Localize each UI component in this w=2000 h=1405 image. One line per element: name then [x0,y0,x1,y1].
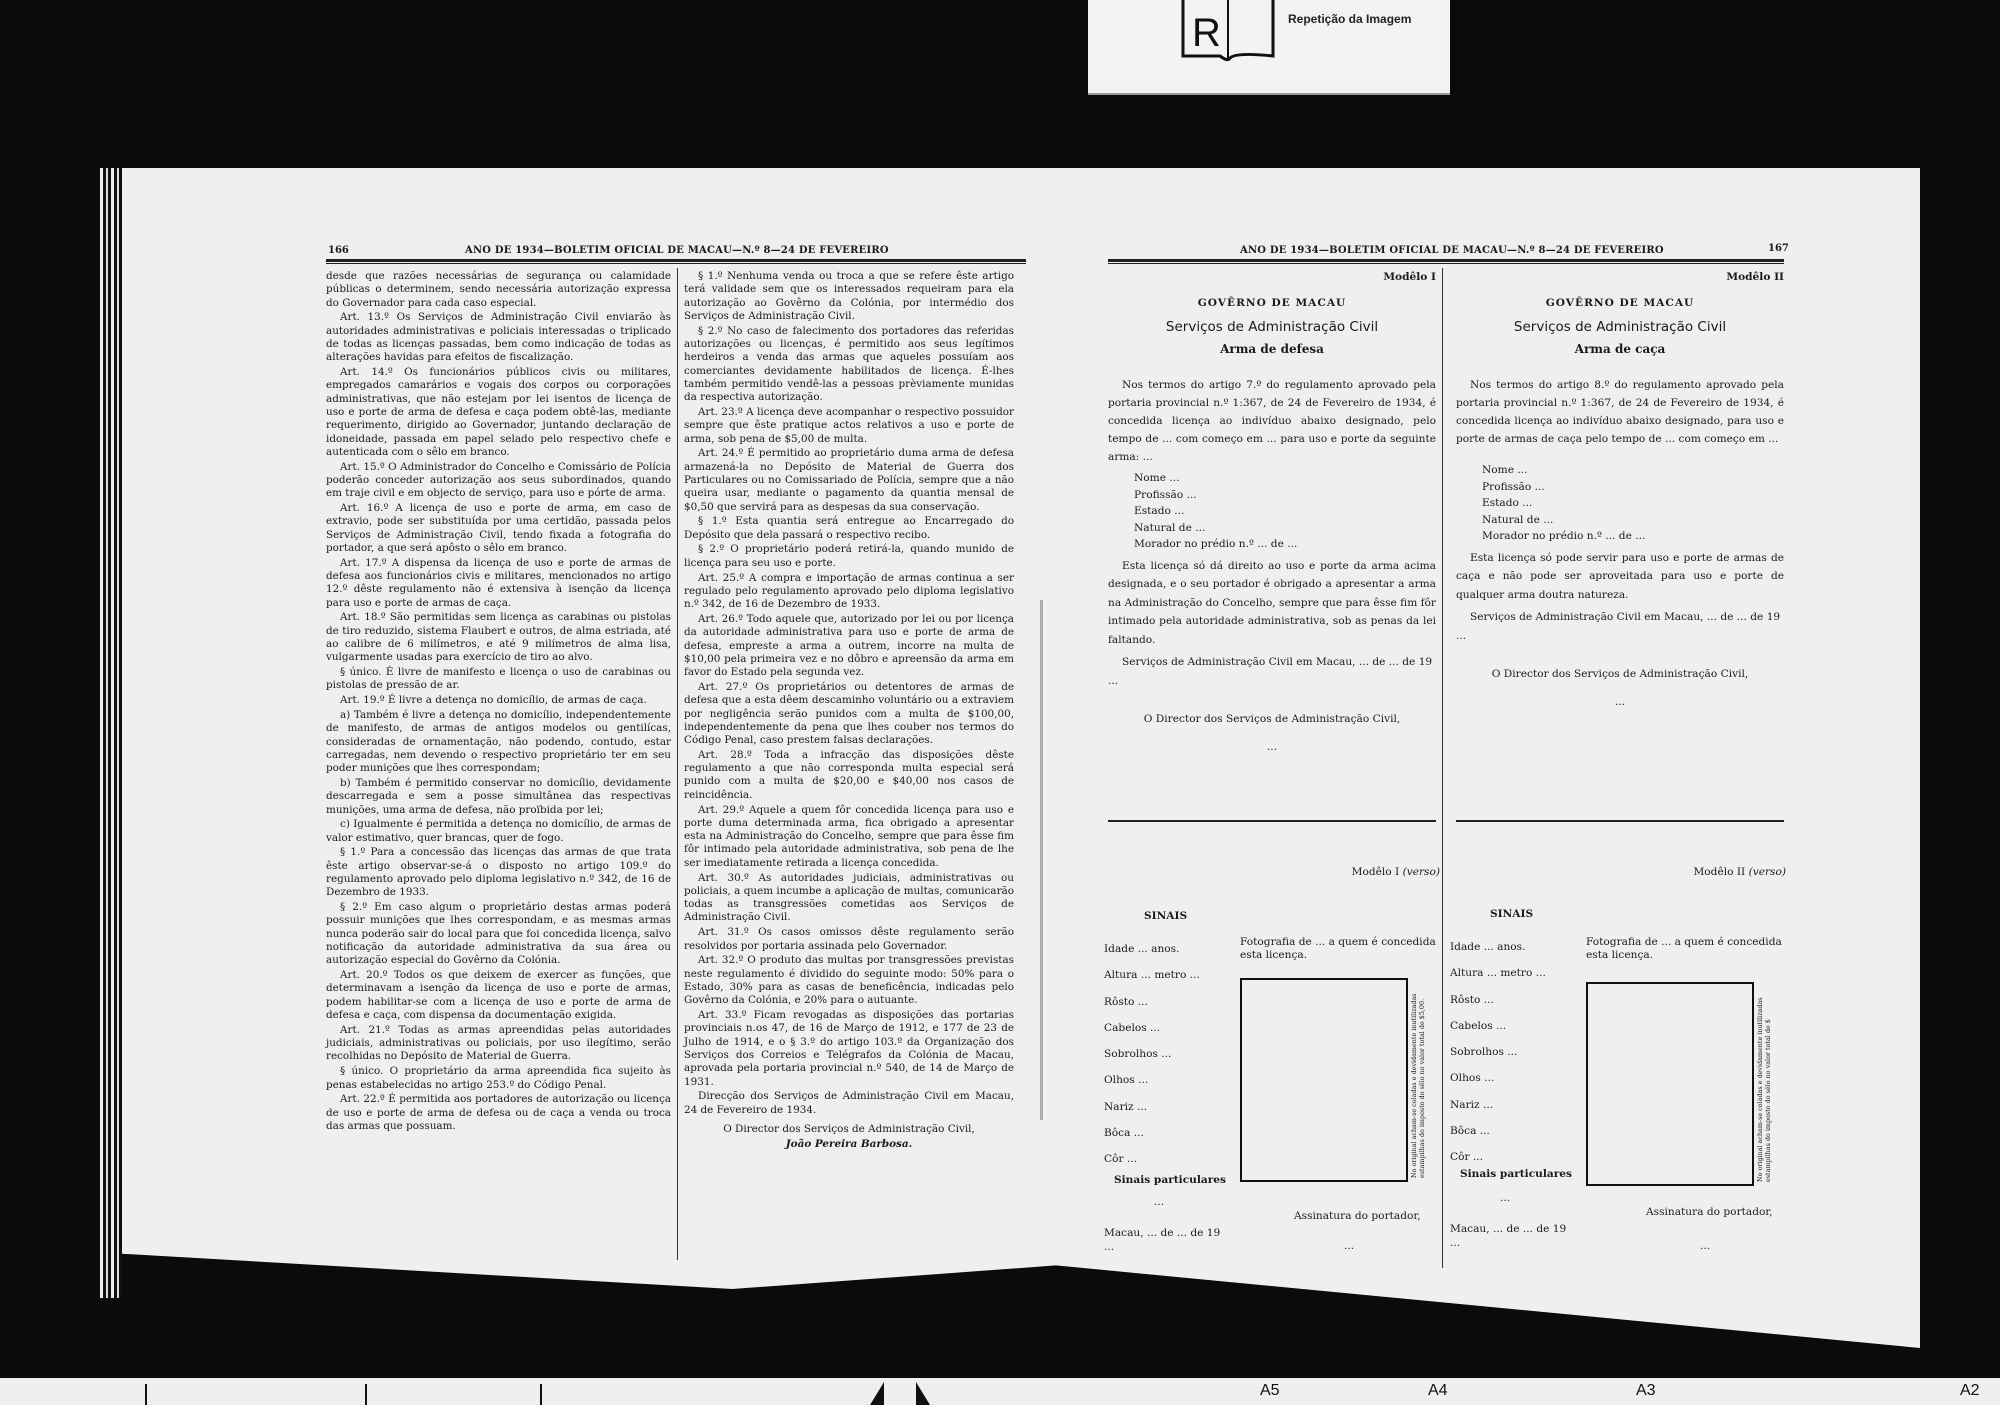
left-page-number: 166 [328,245,349,256]
director-title: O Director dos Serviços de Administração… [1456,667,1784,681]
paragraph: Art. 23.º A licença deve acompanhar o re… [684,406,1014,446]
sinal-item: Sobrolhos ... [1104,1041,1200,1067]
field-nome: Nome ... [1482,462,1784,479]
paragraph: § único. É livre de manifesto e licença … [326,666,671,693]
license-fields: Nome ... Profissão ... Estado ... Natura… [1134,470,1436,553]
paragraph: Art. 14.º Os funcionários públicos civis… [326,366,671,459]
paragraph: § 1.º Para a concessão das licenças das … [326,846,671,899]
sinal-item: Bôca ... [1104,1120,1200,1146]
sinais-title: SINAIS [1144,910,1187,922]
date-line: Macau, ... de ... de 19 ... [1450,1222,1570,1250]
sinal-item: Nariz ... [1450,1092,1546,1118]
sinal-item: Cabelos ... [1450,1013,1546,1039]
service-title: Serviços de Administração Civil [1108,320,1436,334]
left-column-1: desde que razões necessárias de seguranç… [326,270,671,1135]
sinais-list: Idade ... anos. Altura ... metro ... Rôs… [1104,936,1200,1173]
sinal-item: Idade ... anos. [1450,934,1546,960]
sinal-item: Rôsto ... [1450,987,1546,1013]
signature-dots: ... [1344,1240,1354,1252]
paragraph: c) Igualmente é permitida a detença no d… [326,818,671,845]
paragraph: Art. 16.º A licença de uso e porte de ar… [326,502,671,555]
field-profissao: Profissão ... [1482,479,1784,496]
paragraph: Art. 24.º É permitido ao proprietário du… [684,447,1014,513]
modelo-label: Modêlo II [1456,270,1784,284]
paragraph: § 2.º O proprietário poderá retirá-la, q… [684,543,1014,570]
field-morador: Morador no prédio n.º ... de ... [1134,536,1436,553]
government-title: GOVÊRNO DE MACAU [1108,296,1436,310]
government-title: GOVÊRNO DE MACAU [1456,296,1784,310]
right-page-header: ANO DE 1934—BOLETIM OFICIAL DE MACAU—N.º… [1240,245,1664,256]
section-divider [1456,820,1784,822]
sinais-list: Idade ... anos. Altura ... metro ... Rôs… [1450,934,1546,1171]
frame-tick [145,1384,147,1405]
image-repetition-label: Repetição da Imagem [1288,12,1411,26]
paragraph: § 1.º Esta quantia será entregue ao Enca… [684,515,1014,542]
service-title: Serviços de Administração Civil [1456,320,1784,334]
sinal-item: Côr ... [1104,1146,1200,1172]
paragraph: Art. 27.º Os proprietários ou detentores… [684,681,1014,747]
signature-dots: ... [1108,740,1436,754]
paragraph: Art. 21.º Todas as armas apreendidas pel… [326,1024,671,1064]
paragraph: § 1.º Nenhuma venda ou troca a que se re… [684,270,1014,323]
paragraph: Art. 17.º A dispensa da licença de uso e… [326,557,671,610]
paragraph: § único. O proprietário da arma apreendi… [326,1065,671,1092]
paragraph: § 2.º No caso de falecimento dos portado… [684,325,1014,405]
particulares-dots: ... [1154,1196,1164,1208]
right-header-rule-thin [1108,263,1784,264]
field-estado: Estado ... [1482,495,1784,512]
paragraph: Art. 32.º O produto das multas por trans… [684,954,1014,1007]
sinal-item: Rôsto ... [1104,989,1200,1015]
left-header-rule [326,259,1026,262]
paragraph: desde que razões necessárias de seguranç… [326,270,671,310]
paragraph: Art. 13.º Os Serviços de Administração C… [326,311,671,364]
frame-mark: A5 [1260,1382,1280,1400]
image-repetition-card: R Repetição da Imagem [1088,0,1450,95]
modelo-1-form: Modêlo I GOVÊRNO DE MACAU Serviços de Ad… [1108,270,1436,754]
paragraph: Art. 19.º É livre a detença no domicílio… [326,694,671,707]
date-line: Serviços de Administração Civil em Macau… [1456,608,1784,645]
verso-label: Modêlo II (verso) [1693,866,1786,878]
signature-name: João Pereira Barbosa. [684,1138,1014,1151]
field-profissao: Profissão ... [1134,487,1436,504]
field-morador: Morador no prédio n.º ... de ... [1482,528,1784,545]
paragraph: Art. 29.º Aquele a quem fôr concedida li… [684,804,1014,870]
paragraph: Art. 31.º Os casos omissos dêste regulam… [684,926,1014,953]
svg-text:R: R [1192,11,1221,55]
sinal-item: Olhos ... [1450,1065,1546,1091]
verso-label: Modêlo I (verso) [1352,866,1440,878]
frame-mark: A3 [1636,1382,1656,1400]
sinal-item: Idade ... anos. [1104,936,1200,962]
paragraph: b) Também é permitido conservar no domic… [326,777,671,817]
director-title: O Director dos Serviços de Administração… [1108,712,1436,726]
license-notice: Esta licença só pode servir para uso e p… [1456,549,1784,605]
date-line: Serviços de Administração Civil em Macau… [1108,653,1436,690]
book-r-icon: R [1178,0,1278,62]
paragraph: Art. 18.º São permitidas sem licença as … [326,611,671,664]
paragraph: Art. 15.º O Administrador do Concelho e … [326,461,671,501]
paragraph: Art. 30.º As autoridades judiciais, admi… [684,872,1014,925]
photo-caption: Fotografia de ... a quem é concedida est… [1586,936,1786,962]
modelo-2-form: Modêlo II GOVÊRNO DE MACAU Serviços de A… [1456,270,1784,709]
field-nome: Nome ... [1134,470,1436,487]
license-body: Nos termos do artigo 7.º do regulamento … [1108,376,1436,466]
photo-box [1586,982,1754,1186]
sinal-item: Côr ... [1450,1144,1546,1170]
particulares-dots: ... [1500,1192,1510,1204]
date-line: Macau, ... de ... de 19 ... [1104,1226,1224,1254]
paragraph: Art. 33.º Ficam revogadas as disposições… [684,1009,1014,1089]
sinais-particulares: Sinais particulares [1114,1174,1226,1186]
left-page-header: ANO DE 1934—BOLETIM OFICIAL DE MACAU—N.º… [465,245,889,256]
center-triangle-marker-icon [870,1382,930,1405]
frame-tick [540,1384,542,1405]
paragraph: a) Também é livre a detença no domicílio… [326,709,671,775]
sinal-item: Cabelos ... [1104,1015,1200,1041]
weapon-type: Arma de defesa [1108,342,1436,356]
sinais-particulares: Sinais particulares [1460,1168,1572,1180]
license-body: Nos termos do artigo 8.º do regulamento … [1456,376,1784,448]
sinais-title: SINAIS [1490,908,1533,920]
license-notice: Esta licença só dá direito ao uso e port… [1108,557,1436,650]
sinal-item: Nariz ... [1104,1094,1200,1120]
photo-box [1240,978,1408,1182]
paragraph: Direcção dos Serviços de Administração C… [684,1090,1014,1117]
right-page-number: 167 [1768,243,1789,254]
paragraph: Art. 26.º Todo aquele que, autorizado po… [684,613,1014,679]
paragraph: Art. 25.º A compra e importação de armas… [684,572,1014,612]
license-fields: Nome ... Profissão ... Estado ... Natura… [1482,462,1784,545]
frame-tick [365,1384,367,1405]
film-strip [0,1378,2000,1405]
modelo-label: Modêlo I [1108,270,1436,284]
sinal-item: Sobrolhos ... [1450,1039,1546,1065]
section-divider [1108,820,1436,822]
field-natural: Natural de ... [1482,512,1784,529]
paragraph: Art. 22.º É permitida aos portadores de … [326,1093,671,1133]
photo-caption: Fotografia de ... a quem é concedida est… [1240,936,1440,962]
signature-title: O Director dos Serviços de Administração… [684,1123,1014,1136]
stamp-note: No original acham-se coladas e devidamen… [1410,978,1450,1178]
modelo-2-verso: Modêlo II (verso) SINAIS Idade ... anos.… [1450,866,1786,1266]
frame-mark: A4 [1428,1382,1448,1400]
signature-label: Assinatura do portador, [1294,1210,1421,1222]
signature-dots: ... [1456,695,1784,709]
field-natural: Natural de ... [1134,520,1436,537]
sinal-item: Altura ... metro ... [1450,960,1546,986]
paragraph: Art. 20.º Todos os que deixem de exercer… [326,969,671,1022]
left-column-2: § 1.º Nenhuma venda ou troca a que se re… [684,270,1014,1153]
paragraph: § 2.º Em caso algum o proprietário desta… [326,901,671,967]
binding-edge [100,168,122,1298]
right-header-rule [1108,259,1784,262]
weapon-type: Arma de caça [1456,342,1784,356]
signature-dots: ... [1700,1240,1710,1252]
sinal-item: Altura ... metro ... [1104,962,1200,988]
left-column-divider [677,268,678,1260]
signature-label: Assinatura do portador, [1646,1206,1773,1218]
sinal-item: Bôca ... [1450,1118,1546,1144]
page-spine [1040,600,1043,1120]
modelo-1-verso: Modêlo I (verso) SINAIS Idade ... anos. … [1104,866,1440,1266]
paragraph: Art. 28.º Toda a infracção das disposiçõ… [684,749,1014,802]
sinal-item: Olhos ... [1104,1067,1200,1093]
field-estado: Estado ... [1134,503,1436,520]
left-header-rule-thin [326,263,1026,264]
frame-mark: A2 [1960,1382,1980,1400]
stamp-note: No original acham-se coladas e devidamen… [1756,982,1796,1182]
